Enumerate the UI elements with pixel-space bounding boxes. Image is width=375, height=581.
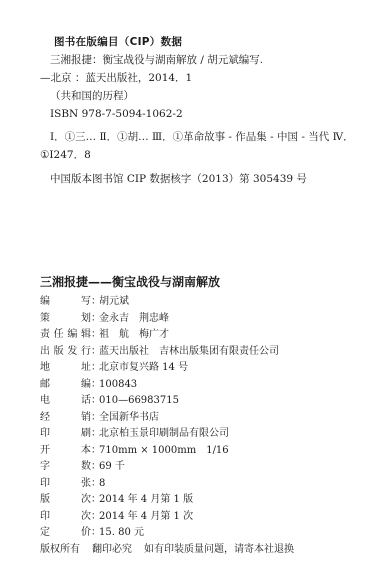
info-value: 金永吉 荆忠峰 (99, 311, 169, 328)
info-label: 策 划 (40, 311, 91, 328)
info-row-editor: 编 写 ： 胡元斌 (40, 294, 306, 311)
info-label: 版 次 (40, 492, 91, 509)
info-label: 地 址 (40, 360, 91, 377)
info-label: 印 刷 (40, 426, 91, 443)
info-label: 邮 编 (40, 377, 91, 394)
info-value: 北京柏玉景印刷制品有限公司 (99, 426, 229, 443)
info-value: 8 (99, 476, 105, 493)
info-value: 100843 (99, 377, 137, 394)
info-colon: ： (91, 509, 99, 526)
info-colon: ： (91, 344, 99, 361)
info-colon: ： (91, 294, 99, 311)
info-colon: ： (91, 393, 99, 410)
info-row-price: 定 价 ： 15. 80 元 (40, 525, 306, 542)
info-label: 开 本 (40, 443, 91, 460)
info-label: 经 销 (40, 410, 91, 427)
info-colon: ： (91, 377, 99, 394)
info-label: 印 张 (40, 476, 91, 493)
info-row-responsible-editor: 责任编辑 ： 祖 航 梅广才 (40, 327, 306, 344)
info-label: 定 价 (40, 525, 91, 542)
info-value: 010—66983715 (99, 393, 179, 410)
info-value: 祖 航 梅广才 (99, 327, 169, 344)
info-colon: ： (91, 476, 99, 493)
info-row-planner: 策 划 ： 金永吉 荆忠峰 (40, 311, 306, 328)
info-label: 编 写 (40, 294, 91, 311)
info-row-publisher: 出版发行 ： 蓝天出版社 吉林出版集团有限责任公司 (40, 344, 306, 361)
info-value: 2014 年 4 月第 1 版 (99, 492, 193, 509)
info-row-postcode: 邮 编 ： 100843 (40, 377, 306, 394)
cip-series-line: （共和国的历程） (50, 89, 134, 103)
cip-heading: 图书在版编目（CIP）数据 (54, 34, 182, 49)
cip-library-record: 中国版本图书馆 CIP 数据核字（2013）第 305439 号 (50, 172, 307, 186)
cip-isbn-line: ISBN 978-7-5094-1062-2 (50, 107, 183, 121)
book-title: 三湘报捷——衡宝战役与湖南解放 (40, 273, 220, 290)
info-label: 字 数 (40, 459, 91, 476)
info-colon: ： (91, 311, 99, 328)
info-value: 69 千 (99, 459, 125, 476)
copyright-notice: 如有印装质量问题，请寄本社退换 (144, 542, 294, 559)
info-row-word-count: 字 数 ： 69 千 (40, 459, 306, 476)
cip-classification-line: Ⅰ．①三… Ⅱ．①胡… Ⅲ．①革命故事 - 作品集 - 中国 - 当代 Ⅳ． (50, 130, 354, 144)
info-value: 2014 年 4 月第 1 次 (99, 509, 193, 526)
book-info-list: 编 写 ： 胡元斌 策 划 ： 金永吉 荆忠峰 责任编辑 ： 祖 航 梅广才 出… (40, 294, 306, 558)
info-value: 北京市复兴路 14 号 (99, 360, 188, 377)
info-colon: ： (91, 525, 99, 542)
copyright-rights: 版权所有 (40, 542, 80, 559)
info-row-printing: 印 次 ： 2014 年 4 月第 1 次 (40, 509, 306, 526)
info-colon: ： (91, 426, 99, 443)
info-value: 710mm × 1000mm 1/16 (99, 443, 229, 460)
info-row-phone: 电 话 ： 010—66983715 (40, 393, 306, 410)
info-row-address: 地 址 ： 北京市复兴路 14 号 (40, 360, 306, 377)
info-row-distributor: 经 销 ： 全国新华书店 (40, 410, 306, 427)
copyright-row: 版权所有 翻印必究 如有印装质量问题，请寄本社退换 (40, 542, 306, 559)
info-label: 电 话 (40, 393, 91, 410)
cip-publisher-line: —北京 ：蓝天出版社，2014．1 (40, 71, 192, 85)
info-row-format: 开 本 ： 710mm × 1000mm 1/16 (40, 443, 306, 460)
info-label: 出版发行 (40, 344, 91, 361)
info-colon: ： (91, 459, 99, 476)
info-row-sheets: 印 张 ： 8 (40, 476, 306, 493)
info-colon: ： (91, 443, 99, 460)
info-value: 蓝天出版社 吉林出版集团有限责任公司 (99, 344, 279, 361)
info-value: 胡元斌 (99, 294, 129, 311)
copyright-piracy: 翻印必究 (92, 542, 132, 559)
info-colon: ： (91, 410, 99, 427)
info-colon: ： (91, 492, 99, 509)
info-value: 全国新华书店 (99, 410, 159, 427)
cip-title-line: 三湘报捷：衡宝战役与湖南解放 / 胡元斌编写. (50, 53, 263, 67)
info-row-edition: 版 次 ： 2014 年 4 月第 1 版 (40, 492, 306, 509)
info-colon: ： (91, 327, 99, 344)
info-label: 责任编辑 (40, 327, 91, 344)
cip-classification-code: ①I247．8 (40, 148, 91, 162)
info-row-printer: 印 刷 ： 北京柏玉景印刷制品有限公司 (40, 426, 306, 443)
info-value: 15. 80 元 (99, 525, 144, 542)
info-label: 印 次 (40, 509, 91, 526)
info-colon: ： (91, 360, 99, 377)
